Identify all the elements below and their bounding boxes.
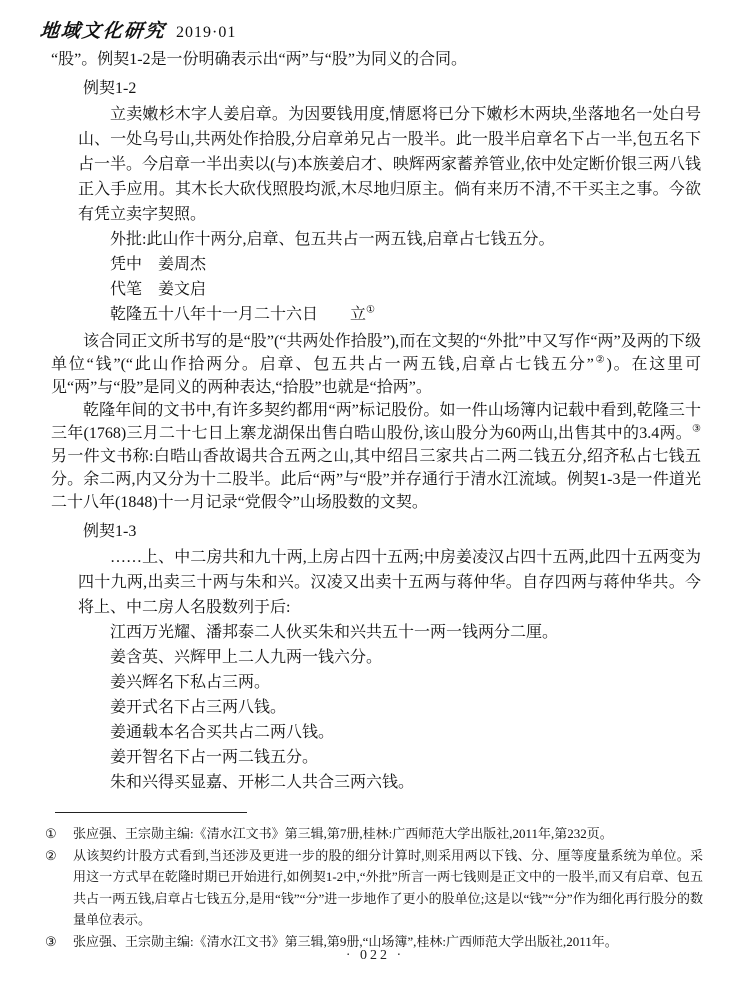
contract-1-2-date-text: 乾隆五十八年十一月二十六日 立 [110,306,366,323]
contract-1-2-witness: 凭中 姜周杰 [78,252,701,277]
contract-1-2-text: 立卖嫩杉木字人姜启章。为因要钱用度,情愿将已分下嫩杉木两块,坐落地名一处白号山、… [78,102,701,227]
paragraph-intro: “股”。例契1-2是一份明确表示出“两”与“股”为同义的合同。 [51,48,701,71]
share-list-item: 姜开式名下占三两八钱。 [78,695,701,720]
page-number: · 022 · [0,948,750,964]
footnote-list: ① 张应强、王宗勋主编:《清水江文书》第三辑,第7册,桂林:广西师范大学出版社,… [43,823,703,952]
share-list-item: 江西万光耀、潘邦泰二人伙买朱和兴共五十一两一钱两分二厘。 [78,620,701,645]
share-list-item: 姜通载本名合买共占二两八钱。 [78,720,701,745]
article-body: “股”。例契1-2是一份明确表示出“两”与“股”为同义的合同。 例契1-2 立卖… [0,40,750,795]
footnote-ref-2: ② [594,355,607,366]
contract-1-2-scribe: 代笔 姜文启 [78,277,701,302]
document-page: 地域文化研究2019·01 “股”。例契1-2是一份明确表示出“两”与“股”为同… [0,0,750,1000]
paragraph-qianlong-seg1: 乾隆年间的文书中,有许多契约都用“两”标记股份。如一件山场簿内记载中看到,乾隆三… [51,402,701,442]
contract-1-2-outer-note: 外批:此山作十两分,启章、包五共占一两五钱,启章占七钱五分。 [78,227,701,252]
footnote-1: ① 张应强、王宗勋主编:《清水江文书》第三辑,第7册,桂林:广西师范大学出版社,… [43,823,703,845]
journal-title: 地域文化研究 [39,16,168,43]
paragraph-analysis: 该合同正文所书写的是“股”(“共两处作拾股”),而在文契的“外批”中又写作“两”… [51,330,701,399]
contract-1-3-label: 例契1-3 [51,520,701,543]
contract-1-2-date: 乾隆五十八年十一月二十六日 立① [78,302,701,327]
footnote-separator [55,812,247,813]
contract-1-3-text: ……上、中二房共和九十两,上房占四十五两;中房姜凌汉占四十五两,此四十五两变为四… [78,545,701,620]
footnote-1-marker: ① [43,823,73,845]
footnote-ref-1: ① [366,305,375,316]
footnote-2-text: 从该契约计股方式看到,当还涉及更进一步的股的细分计算时,则采用两以下钱、分、厘等… [73,845,703,931]
paragraph-qianlong-seg2: 另一件文书称:白晧山香故谒共合五两之山,其中绍吕三家共占二两二钱五分,绍齐私占七… [51,448,701,511]
share-list-item: 朱和兴得买显嘉、开彬二人共合三两六钱。 [78,770,701,795]
footnote-ref-3: ③ [692,424,701,435]
share-list-item: 姜兴辉名下私占三两。 [78,670,701,695]
contract-1-2-label: 例契1-2 [51,77,701,100]
footnote-1-text: 张应强、王宗勋主编:《清水江文书》第三辑,第7册,桂林:广西师范大学出版社,20… [73,823,703,845]
journal-issue: 2019·01 [176,24,236,41]
footnote-section: ① 张应强、王宗勋主编:《清水江文书》第三辑,第7册,桂林:广西师范大学出版社,… [43,812,703,952]
contract-1-3-quote: ……上、中二房共和九十两,上房占四十五两;中房姜凌汉占四十五两,此四十五两变为四… [78,545,701,795]
contract-1-2-quote: 立卖嫩杉木字人姜启章。为因要钱用度,情愿将已分下嫩杉木两块,坐落地名一处白号山、… [78,102,701,327]
page-header: 地域文化研究2019·01 [0,0,750,40]
paragraph-qianlong-records: 乾隆年间的文书中,有许多契约都用“两”标记股份。如一件山场簿内记载中看到,乾隆三… [51,399,701,514]
share-list-item: 姜开智名下占一两二钱五分。 [78,745,701,770]
share-list-item: 姜含英、兴辉甲上二人九两一钱六分。 [78,645,701,670]
paragraph-analysis-seg1: 该合同正文所书写的是“股”(“共两处作拾股”),而在文契的“外批”中又写作“两”… [51,333,701,373]
footnote-2: ② 从该契约计股方式看到,当还涉及更进一步的股的细分计算时,则采用两以下钱、分、… [43,845,703,931]
footnote-2-marker: ② [43,845,73,931]
